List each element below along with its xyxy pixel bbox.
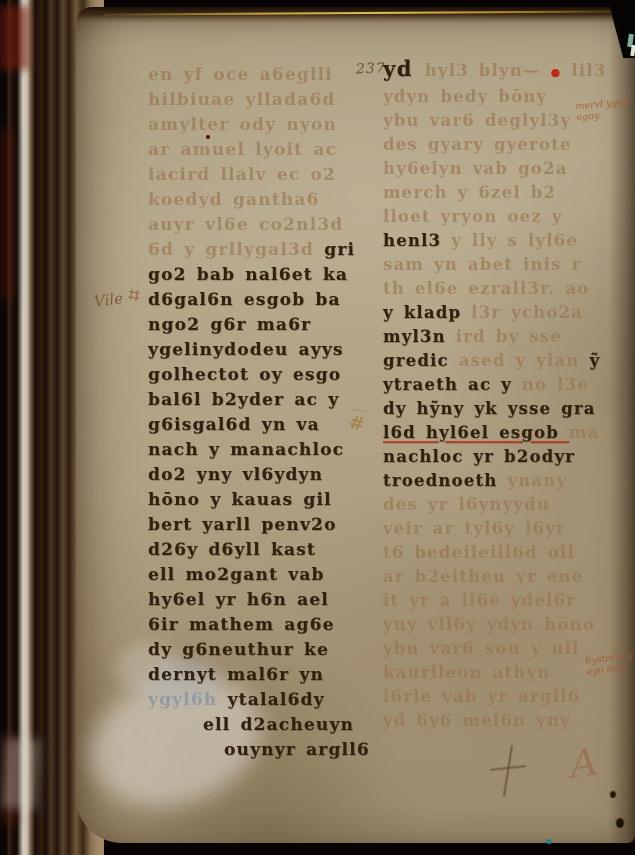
right-margin-note-top: mervl yged ogoy. [575,97,630,124]
manuscript-line: des gyary gyerote [383,133,633,157]
manuscript-line: ngo2 g6r ma6r [148,313,376,338]
manuscript-line: sam yn abet inis r [383,253,633,277]
manuscript-line: ell mo2gant vab [148,563,376,588]
text-segment: go2 bab nal6et ka [148,265,348,285]
manuscript-line: golhectot oy esgo [148,363,376,388]
cross-scratch-vertical [503,745,513,797]
text-segment: dy g6neuthur ke [148,640,329,660]
ink-speck [206,135,210,139]
text-segment: it yr a ll6e ydel6r [383,591,576,610]
manuscript-line: ygelinydodeu ayys [148,338,376,363]
manuscript-line: t6 bedeileill6d oll [383,541,633,565]
text-segment: ma [569,423,600,442]
text-segment: des yr l6ynyydu [383,495,550,514]
manuscript-line: koedyd gantha6 [148,188,376,213]
manuscript-photo: 237 en yf oce a6egllihilbiuae yllada6dam… [0,0,635,855]
text-segment: hyl3 blyn— [425,61,551,80]
manuscript-line: myl3n ird by sse [383,325,633,349]
text-segment: dernyt mal6r yn [148,665,324,685]
manuscript-line: en yf oce a6eglli [148,63,376,88]
manuscript-line: merch y 6zel b2 [383,181,633,205]
left-margin-note: Vile [93,289,124,310]
text-segment: hōno y kauas gil [148,490,332,510]
manuscript-line: l6rle vab yr argll6 [383,685,633,709]
manuscript-line: troednoeth ynany [383,469,633,493]
manuscript-line: dy hỹny yk ysse gra [383,397,633,421]
manuscript-line: lloet yryon oez y [383,205,633,229]
binding-red-tint-middle [0,130,14,300]
text-segment: d6gal6n esgob ba [148,290,341,310]
text-segment: y lly s lyl6e [451,231,578,250]
text-segment: ytraeth ac y [383,375,522,394]
text-segment: no l3e [522,375,589,394]
text-segment: ynany [507,471,567,490]
text-segment: ỹ [590,351,601,370]
gutter-mark-hash: # [348,416,366,433]
dark-speck [616,818,624,828]
text-segment: y kladp [383,303,471,322]
text-segment: ybu var6 deglyl3y [383,111,571,130]
dark-speck [610,791,616,798]
text-segment: henl3 [383,231,451,250]
manuscript-line: des yr l6ynyydu [383,493,633,517]
blue-speck [546,839,552,844]
manuscript-line: ell d2acheuyn [203,713,376,738]
text-segment: gredic [383,351,459,370]
manuscript-line: hōno y kauas gil [148,488,376,513]
manuscript-line: bal6l b2yder ac y [148,388,376,413]
manuscript-line: dy g6neuthur ke [148,638,376,663]
manuscript-line: dernyt mal6r yn [148,663,376,688]
text-segment: myl3n [383,327,456,346]
binding-red-tint-top [0,6,30,70]
text-segment: ngo2 g6r ma6r [148,315,311,335]
manuscript-line: hy6elyn vab go2a [383,157,633,181]
text-segment: ytalal6dy [228,690,325,710]
text-segment: l3r ycho2a [471,303,583,322]
text-segment: th el6e ezrall3r. ao [383,279,589,298]
manuscript-line: veir ar tyl6y l6yr [383,517,633,541]
manuscript-line: yd 6y6 mel6n yny [383,709,633,733]
text-segment: veir ar tyl6y l6yr [383,519,566,538]
text-segment: amylter ody nyon [148,115,337,135]
manuscript-line: ar b2eitheu yr ene [383,565,633,589]
text-segment: nach y manachloc [148,440,344,460]
text-segment: 6ir mathem ag6e [148,615,335,635]
text-segment: ybu var6 son y ull [383,639,580,658]
text-segment: do2 yny vl6ydyn [148,465,323,485]
manuscript-line: d6gal6n esgob ba [148,288,376,313]
text-segment: ar b2eitheu yr ene [383,567,583,586]
manuscript-line: do2 yny vl6ydyn [148,463,376,488]
text-segment: hy6elyn vab go2a [383,159,568,178]
text-segment: l6d hyl6el esgob [383,423,569,442]
manuscript-line: hilbiuae yllada6d [148,88,376,113]
manuscript-line: auyr vl6e co2nl3d [148,213,376,238]
text-segment: lil3 [561,61,606,80]
manuscript-line: hy6el yr h6n ael [148,588,376,613]
text-segment: hy6el yr h6n ael [148,590,329,610]
manuscript-line: gredic ased y ylan ỹ [383,349,633,373]
manuscript-line: iacird llalv ec o2 [148,163,376,188]
manuscript-column-right: yd hyl3 blyn— ● lil3ydyn bedy bōnyybu va… [383,57,633,733]
text-segment: yd 6y6 mel6n yny [383,711,571,730]
manuscript-line: ouynyr argll6 [224,738,376,763]
manuscript-line: y kladp l3r ycho2a [383,301,633,325]
text-segment: yd [383,56,425,81]
manuscript-line: it yr a ll6e ydel6r [383,589,633,613]
text-segment: lloet yryon oez y [383,207,563,226]
text-segment: ouynyr argll6 [224,740,370,760]
text-segment: kaurlleon athyn [383,663,551,682]
text-segment: 6d y grllygal3d [148,240,324,260]
text-segment: sam yn abet inis r [383,255,581,274]
text-segment: iacird llalv ec o2 [148,165,336,185]
text-segment: ydyn bedy bōny [383,87,547,106]
binding-page-edge-sliver [2,738,41,810]
manuscript-line: yd hyl3 blyn— ● lil3 [383,57,633,85]
manuscript-line: 6ir mathem ag6e [148,613,376,638]
manuscript-column-left: en yf oce a6egllihilbiuae yllada6damylte… [148,63,376,763]
text-segment: d26y d6yll kast [148,540,316,560]
text-segment: nachloc yr b2odyr [383,447,575,466]
manuscript-line: ygyl6h ytalal6dy [148,688,376,713]
parchment-page: 237 en yf oce a6egllihilbiuae yllada6dam… [76,7,635,843]
text-segment: g6isgal6d yn va [148,415,320,435]
manuscript-line: bert yarll penv2o [148,513,376,538]
text-segment: yny vll6y ydyn hōno [383,615,595,634]
manuscript-line: l6d hyl6el esgob ma [383,421,633,445]
text-segment: ygyl6h [148,690,228,710]
text-segment: bal6l b2yder ac y [148,390,339,410]
text-segment: merch y 6zel b2 [383,183,556,202]
text-segment: des gyary gyerote [383,135,572,154]
manuscript-line: ar amuel lyoit ac [148,138,376,163]
text-segment: ar amuel lyoit ac [148,140,337,160]
text-segment: hilbiuae yllada6d [148,90,336,110]
text-segment: en yf oce a6eglli [148,65,333,85]
manuscript-line: henl3 y lly s lyl6e [383,229,633,253]
text-segment: ird by sse [456,327,562,346]
manuscript-line: nach y manachloc [148,438,376,463]
manuscript-line: g6isgal6d yn va [148,413,376,438]
manuscript-line: ytraeth ac y no l3e [383,373,633,397]
text-segment: dy hỹny yk ysse gra [383,399,596,418]
manuscript-line: th el6e ezrall3r. ao [383,277,633,301]
manuscript-line: go2 bab nal6et ka [148,263,376,288]
text-segment: ell mo2gant vab [148,565,325,585]
left-margin-mark: ⌗ [126,282,142,309]
text-segment: gri [324,240,355,260]
manuscript-line: d26y d6yll kast [148,538,376,563]
text-segment: ● [551,66,562,79]
text-segment: ased y ylan [459,351,590,370]
text-segment: golhectot oy esgo [148,365,341,385]
text-segment: bert yarll penv2o [148,515,337,535]
text-segment: l6rle vab yr argll6 [383,687,580,706]
corner-white-sliver [630,45,635,56]
text-segment: koedyd gantha6 [148,190,320,210]
manuscript-line: nachloc yr b2odyr [383,445,633,469]
text-segment: auyr vl6e co2nl3d [148,215,343,235]
text-segment: ygelinydodeu ayys [148,340,344,360]
manuscript-line: 6d y grllygal3d gri [148,238,376,263]
text-segment: t6 bedeileill6d oll [383,543,575,562]
manuscript-line: amylter ody nyon [148,113,376,138]
faint-letter-mark: A [567,739,600,786]
text-segment: ell d2acheuyn [203,715,354,735]
manuscript-line: yny vll6y ydyn hōno [383,613,633,637]
text-segment: troednoeth [383,471,507,490]
